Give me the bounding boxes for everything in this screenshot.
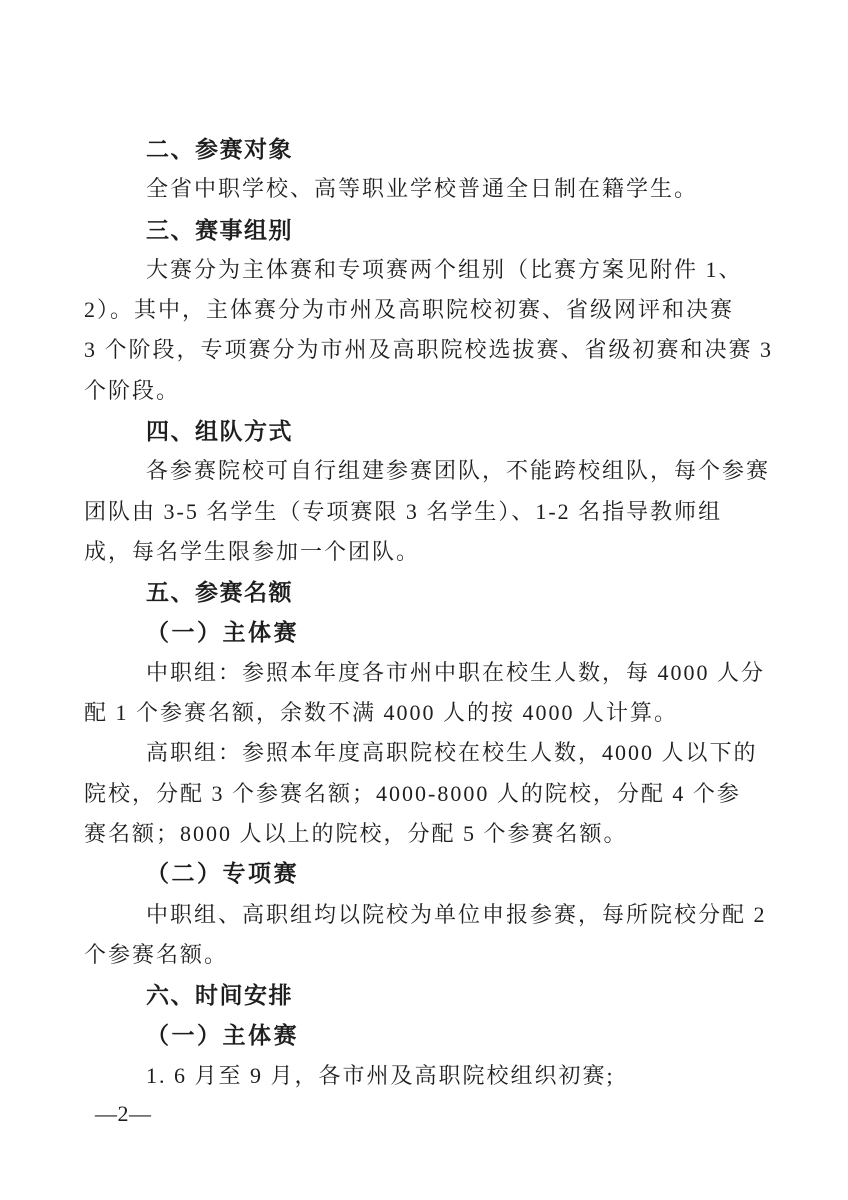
- body-text-line: 高职组：参照本年度高职院校在校生人数，4000 人以下的: [84, 733, 768, 773]
- document-body: 二、参赛对象 全省中职学校、高等职业学校普通全日制在籍学生。 三、赛事组别 大赛…: [84, 129, 768, 1096]
- body-text-line: 成，每名学生限参加一个团队。: [84, 532, 768, 572]
- sub-heading-special-track: （二）专项赛: [84, 854, 768, 894]
- section-heading-2: 二、参赛对象: [84, 129, 768, 169]
- section-heading-6: 六、时间安排: [84, 975, 768, 1015]
- body-text-line: 配 1 个参赛名额，余数不满 4000 人的按 4000 人计算。: [84, 693, 768, 733]
- body-text-line: 1. 6 月至 9 月，各市州及高职院校组织初赛;: [84, 1056, 768, 1096]
- page-number: —2—: [95, 1094, 152, 1134]
- body-text-line: 个参赛名额。: [84, 935, 768, 975]
- section-heading-4: 四、组队方式: [84, 411, 768, 451]
- body-text-line: 赛名额；8000 人以上的院校，分配 5 个参赛名额。: [84, 814, 768, 854]
- document-page: 二、参赛对象 全省中职学校、高等职业学校普通全日制在籍学生。 三、赛事组别 大赛…: [0, 0, 848, 1200]
- section-heading-3: 三、赛事组别: [84, 210, 768, 250]
- body-text-line: 中职组：参照本年度各市州中职在校生人数，每 4000 人分: [84, 653, 768, 693]
- body-text-line: 院校，分配 3 个参赛名额；4000-8000 人的院校，分配 4 个参: [84, 774, 768, 814]
- body-text-line: 3 个阶段，专项赛分为市州及高职院校选拔赛、省级初赛和决赛 3: [84, 330, 768, 370]
- section-heading-5: 五、参赛名额: [84, 572, 768, 612]
- body-text-line: 各参赛院校可自行组建参赛团队，不能跨校组队，每个参赛: [84, 451, 768, 491]
- body-text-line: 全省中职学校、高等职业学校普通全日制在籍学生。: [84, 169, 768, 209]
- body-text-line: 中职组、高职组均以院校为单位申报参赛，每所院校分配 2: [84, 895, 768, 935]
- body-text-line: 2）。其中，主体赛分为市州及高职院校初赛、省级网评和决赛: [84, 290, 768, 330]
- body-text-line: 大赛分为主体赛和专项赛两个组别（比赛方案见附件 1、: [84, 250, 768, 290]
- body-text-line: 个阶段。: [84, 371, 768, 411]
- sub-heading-main-track: （一）主体赛: [84, 613, 768, 653]
- body-text-line: 团队由 3-5 名学生（专项赛限 3 名学生）、1-2 名指导教师组: [84, 492, 768, 532]
- sub-heading-main-track: （一）主体赛: [84, 1016, 768, 1056]
